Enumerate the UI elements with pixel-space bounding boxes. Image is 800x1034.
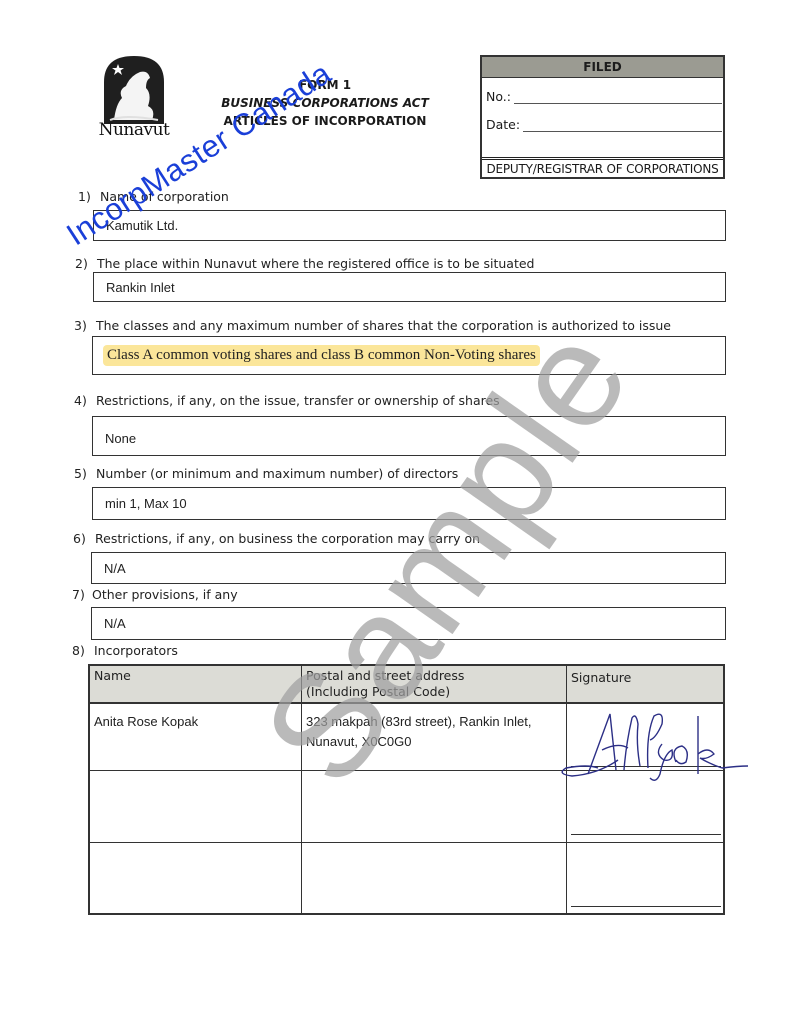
column-header-signature: Signature [571,670,631,686]
share-classes-value: Class A common voting shares and class B… [103,345,540,366]
filed-box: FILED No.: Date: DEPUTY/REGISTRAR OF COR… [480,55,725,179]
filed-date-field[interactable]: Date: [486,117,722,132]
filed-number-line [514,91,722,104]
filed-date-label: Date: [486,117,520,132]
incorporator-name[interactable]: Anita Rose Kopak [94,712,198,732]
signature-line[interactable] [571,906,721,907]
question-2-label: 2)The place within Nunavut where the reg… [75,256,535,271]
share-classes-field[interactable]: Class A common voting shares and class B… [92,336,726,375]
registered-office-field[interactable]: Rankin Inlet [93,272,726,302]
filed-number-field[interactable]: No.: [486,89,722,104]
question-4-label: 4)Restrictions, if any, on the issue, tr… [74,393,500,408]
filed-number-label: No.: [486,89,511,104]
registrar-label: DEPUTY/REGISTRAR OF CORPORATIONS [482,157,723,177]
question-7-label: 7)Other provisions, if any [72,587,238,602]
corporation-name-field[interactable]: Kamutik Ltd. [93,210,726,241]
signature-icon [558,704,748,788]
logo-text: Nunavut [96,120,172,140]
filed-heading: FILED [482,57,723,78]
question-8-label: 8)Incorporators [72,643,178,658]
signature-line[interactable] [571,834,721,835]
column-header-name: Name [94,668,131,684]
question-3-label: 3)The classes and any maximum number of … [74,318,671,333]
filed-date-line [523,119,722,132]
